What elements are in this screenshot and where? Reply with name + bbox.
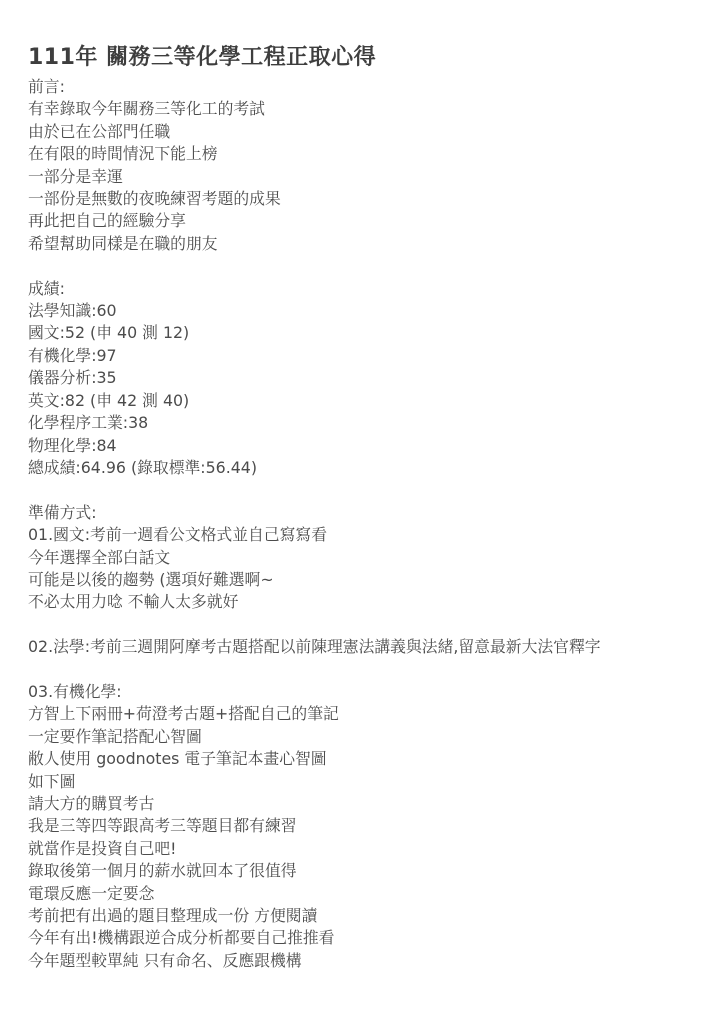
text-line: 就當作是投資自己吧! xyxy=(28,838,696,860)
text-line: 錄取後第一個月的薪水就回本了很值得 xyxy=(28,860,696,882)
text-line: 考前把有出過的題目整理成一份 方便閱讀 xyxy=(28,905,696,927)
text-line: 希望幫助同樣是在職的朋友 xyxy=(28,233,696,255)
page-title: 111年 關務三等化學工程正取心得 xyxy=(28,43,696,73)
text-line: 儀器分析:35 xyxy=(28,367,696,389)
text-line: 02.法學:考前三週開阿摩考古題搭配以前陳理憲法講義與法緒,留意最新大法官釋字 xyxy=(28,636,696,658)
text-line: 準備方式: xyxy=(28,502,696,524)
text-line: 總成績:64.96 (錄取標準:56.44) xyxy=(28,457,696,479)
text-line: 再此把自己的經驗分享 xyxy=(28,210,696,232)
text-line: 不必太用力唸 不輸人太多就好 xyxy=(28,591,696,613)
document-page: 111年 關務三等化學工程正取心得 前言:有幸錄取今年關務三等化工的考試由於已在… xyxy=(0,0,724,1024)
text-line: 化學程序工業:38 xyxy=(28,412,696,434)
text-line: 敝人使用 goodnotes 電子筆記本畫心智圖 xyxy=(28,748,696,770)
document-body: 前言:有幸錄取今年關務三等化工的考試由於已在公部門任職在有限的時間情況下能上榜一… xyxy=(28,76,696,972)
text-line: 成績: xyxy=(28,278,696,300)
blank-line xyxy=(28,614,696,636)
text-line: 01.國文:考前一週看公文格式並自己寫寫看 xyxy=(28,524,696,546)
text-line: 一部份是無數的夜晚練習考題的成果 xyxy=(28,188,696,210)
text-line: 今年選擇全部白話文 xyxy=(28,547,696,569)
blank-line xyxy=(28,659,696,681)
text-line: 我是三等四等跟高考三等題目都有練習 xyxy=(28,815,696,837)
text-line: 物理化學:84 xyxy=(28,435,696,457)
text-line: 由於已在公部門任職 xyxy=(28,121,696,143)
text-line: 一部分是幸運 xyxy=(28,166,696,188)
blank-line xyxy=(28,255,696,277)
text-line: 電環反應一定要念 xyxy=(28,883,696,905)
text-line: 今年有出!機構跟逆合成分析都要自己推推看 xyxy=(28,927,696,949)
text-line: 可能是以後的趨勢 (選項好難選啊~ xyxy=(28,569,696,591)
text-line: 03.有機化學: xyxy=(28,681,696,703)
blank-line xyxy=(28,479,696,501)
text-line: 國文:52 (申 40 測 12) xyxy=(28,322,696,344)
text-line: 如下圖 xyxy=(28,771,696,793)
text-line: 法學知識:60 xyxy=(28,300,696,322)
text-line: 請大方的購買考古 xyxy=(28,793,696,815)
text-line: 有幸錄取今年關務三等化工的考試 xyxy=(28,98,696,120)
text-line: 前言: xyxy=(28,76,696,98)
text-line: 在有限的時間情況下能上榜 xyxy=(28,143,696,165)
text-line: 有機化學:97 xyxy=(28,345,696,367)
text-line: 方智上下兩冊+荷澄考古題+搭配自己的筆記 xyxy=(28,703,696,725)
text-line: 今年題型較單純 只有命名、反應跟機構 xyxy=(28,950,696,972)
text-line: 一定要作筆記搭配心智圖 xyxy=(28,726,696,748)
text-line: 英文:82 (申 42 測 40) xyxy=(28,390,696,412)
